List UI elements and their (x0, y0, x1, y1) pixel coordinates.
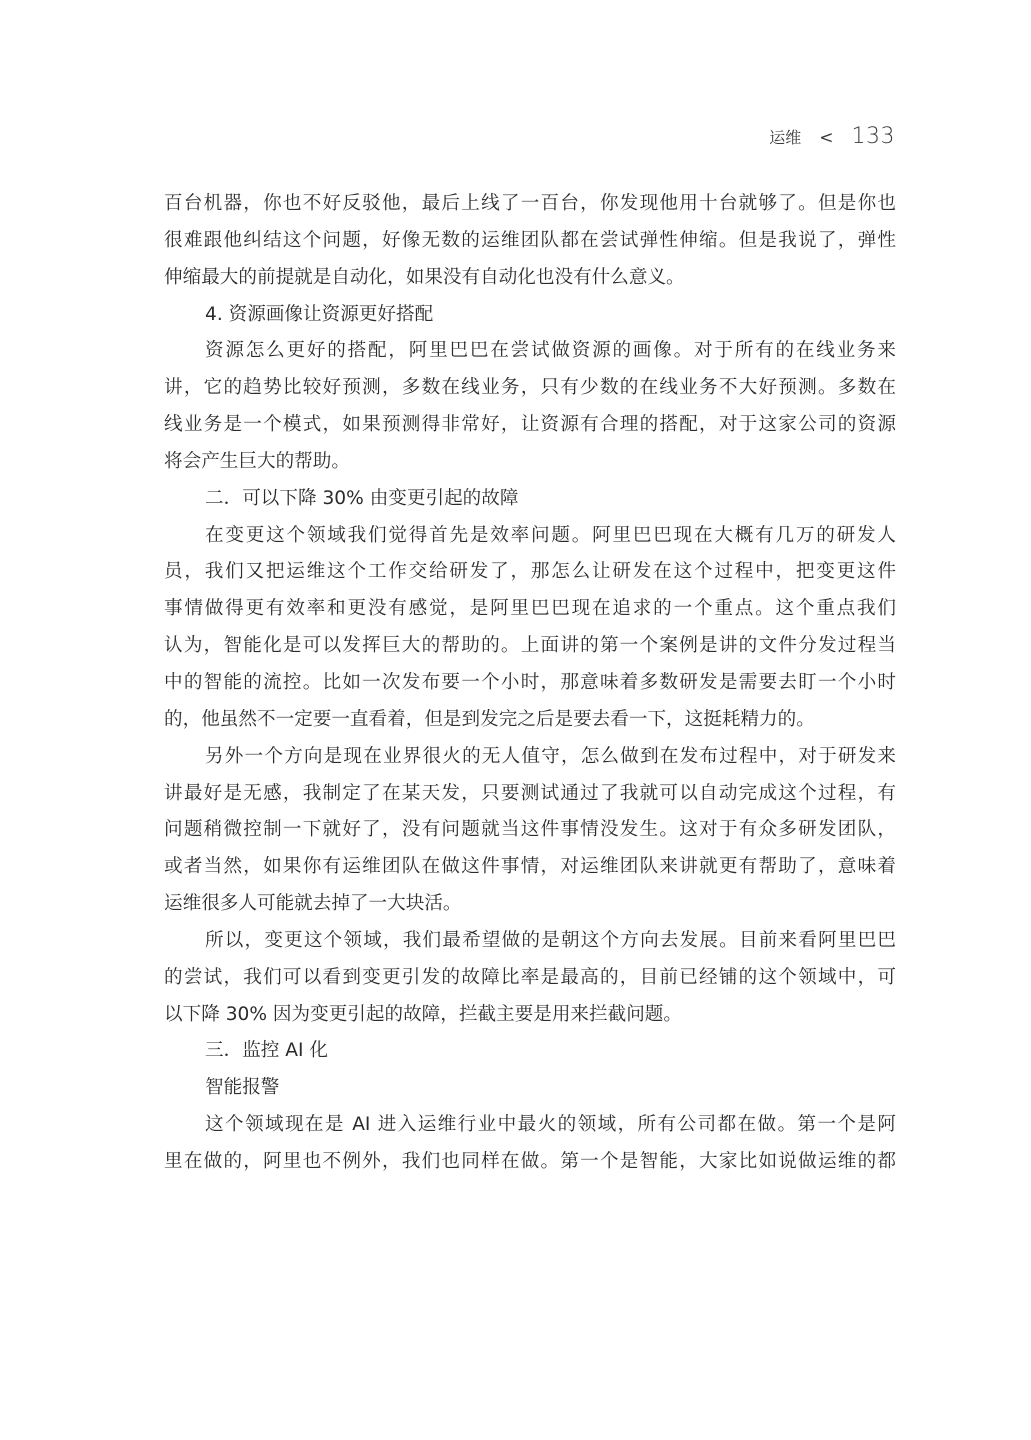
section-title: 运维 (769, 125, 801, 148)
text-line: 的尝试，我们可以看到变更引发的故障比率是最高的，目前已经铺的这个领域中，可 (164, 960, 896, 997)
text-line: 中的智能的流控。比如一次发布要一个小时，那意味着多数研发是需要去盯一个小时 (164, 665, 896, 702)
text-line: 里在做的，阿里也不例外，我们也同样在做。第一个是智能，大家比如说做运维的都 (164, 1144, 896, 1181)
section-heading: 二．可以下降 30% 由变更引起的故障 (164, 481, 896, 518)
text-line: 问题稍微控制一下就好了，没有问题就当这件事情没发生。这对于有众多研发团队， (164, 812, 896, 849)
text-line: 线业务是一个模式，如果预测得非常好，让资源有合理的搭配，对于这家公司的资源 (164, 407, 896, 444)
section-heading: 三．监控 AI 化 (164, 1033, 896, 1070)
header-separator: < (815, 128, 837, 148)
text-line: 运维很多人可能就去掉了一大块活。 (164, 886, 896, 923)
text-line: 事情做得更有效率和更没有感觉，是阿里巴巴现在追求的一个重点。这个重点我们 (164, 591, 896, 628)
running-header: 运维 < 133 (769, 124, 895, 149)
text-line: 讲，它的趋势比较好预测，多数在线业务，只有少数的在线业务不大好预测。多数在 (164, 370, 896, 407)
text-line: 所以，变更这个领域，我们最希望做的是朝这个方向去发展。目前来看阿里巴巴 (164, 923, 896, 960)
text-line: 在变更这个领域我们觉得首先是效率问题。阿里巴巴现在大概有几万的研发人 (164, 518, 896, 555)
text-line: 这个领域现在是 AI 进入运维行业中最火的领域，所有公司都在做。第一个是阿 (164, 1107, 896, 1144)
subheading: 4. 资源画像让资源更好搭配 (164, 297, 896, 334)
text-line: 或者当然，如果你有运维团队在做这件事情，对运维团队来讲就更有帮助了，意味着 (164, 849, 896, 886)
text-line: 很难跟他纠结这个问题，好像无数的运维团队都在尝试弹性伸缩。但是我说了，弹性 (164, 223, 896, 260)
page-body: 百台机器，你也不好反驳他，最后上线了一百台，你发现他用十台就够了。但是你也 很难… (164, 186, 896, 1181)
text-line: 的，他虽然不一定要一直看着，但是到发完之后是要去看一下，这挺耗精力的。 (164, 702, 896, 739)
text-line: 伸缩最大的前提就是自动化，如果没有自动化也没有什么意义。 (164, 260, 896, 297)
text-line: 认为，智能化是可以发挥巨大的帮助的。上面讲的第一个案例是讲的文件分发过程当 (164, 628, 896, 665)
subheading: 智能报警 (164, 1070, 896, 1107)
text-line: 将会产生巨大的帮助。 (164, 444, 896, 481)
text-line: 另外一个方向是现在业界很火的无人值守，怎么做到在发布过程中，对于研发来 (164, 739, 896, 776)
page-number: 133 (852, 124, 896, 149)
text-line: 百台机器，你也不好反驳他，最后上线了一百台，你发现他用十台就够了。但是你也 (164, 186, 896, 223)
text-line: 资源怎么更好的搭配，阿里巴巴在尝试做资源的画像。对于所有的在线业务来 (164, 333, 896, 370)
text-line: 以下降 30% 因为变更引起的故障，拦截主要是用来拦截问题。 (164, 997, 896, 1034)
text-line: 讲最好是无感，我制定了在某天发，只要测试通过了我就可以自动完成这个过程，有 (164, 776, 896, 813)
text-line: 员，我们又把运维这个工作交给研发了，那怎么让研发在这个过程中，把变更这件 (164, 554, 896, 591)
